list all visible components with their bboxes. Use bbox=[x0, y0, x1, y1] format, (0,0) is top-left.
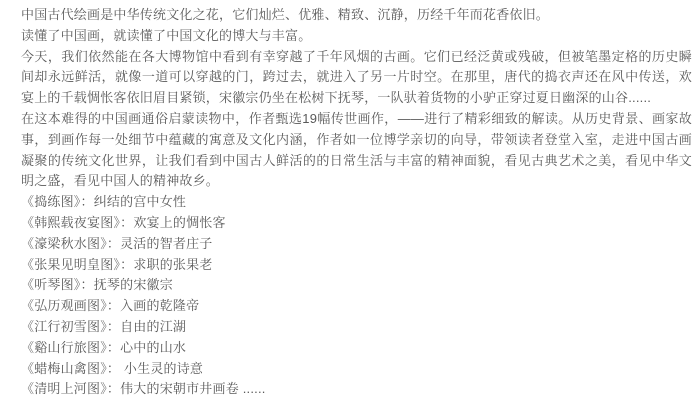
painting-list-item: 《听琴图》：抚琴的宋徽宗 bbox=[21, 275, 692, 296]
painting-description: 小生灵的诗意 bbox=[120, 361, 203, 376]
painting-list-item: 《江行初雪图》：自由的江湖 bbox=[21, 317, 692, 338]
title-separator: ： bbox=[81, 194, 94, 209]
painting-description: 求职的张果老 bbox=[133, 257, 212, 272]
painting-list-item: 《张果见明皇图》：求职的张果老 bbox=[21, 255, 692, 276]
title-separator: ： bbox=[107, 236, 120, 251]
painting-description: 灵活的智者庄子 bbox=[120, 236, 212, 251]
title-separator: ： bbox=[107, 319, 120, 334]
paragraph-3: 今天，我们依然能在各大博物馆中看到有幸穿越了千年风烟的古画。它们已经泛黄或残破，… bbox=[21, 47, 692, 109]
painting-description: 纠结的宫中女性 bbox=[94, 194, 186, 209]
painting-description: 自由的江湖 bbox=[120, 319, 186, 334]
painting-description: 抚琴的宋徽宗 bbox=[94, 277, 173, 292]
painting-list: 《捣练图》：纠结的宫中女性《韩熙载夜宴图》：欢宴上的惆怅客《濠梁秋水图》：灵活的… bbox=[21, 192, 692, 400]
painting-description: 心中的山水 bbox=[120, 340, 186, 355]
painting-title: 《谿山行旅图》 bbox=[21, 340, 107, 355]
painting-list-item: 《清明上河图》：伟大的宋朝市井画卷 ...... bbox=[21, 379, 692, 400]
title-separator: ： bbox=[107, 340, 120, 355]
paragraph-4: 在这本难得的中国画通俗启蒙读物中，作者甄选19幅传世画作，——进行了精彩细致的解… bbox=[21, 109, 692, 192]
painting-title: 《张果见明皇图》 bbox=[21, 257, 120, 272]
painting-title: 《江行初雪图》 bbox=[21, 319, 107, 334]
paragraph-2: 读懂了中国画，就读懂了中国文化的博大与丰富。 bbox=[21, 26, 692, 47]
title-separator: ： bbox=[107, 361, 120, 376]
painting-list-item: 《捣练图》：纠结的宫中女性 bbox=[21, 192, 692, 213]
painting-description: 伟大的宋朝市井画卷 ...... bbox=[120, 381, 265, 396]
painting-list-item: 《蜡梅山禽图》： 小生灵的诗意 bbox=[21, 359, 692, 380]
painting-title: 《蜡梅山禽图》 bbox=[21, 361, 107, 376]
painting-description: 欢宴上的惆怅客 bbox=[133, 215, 225, 230]
painting-title: 《韩熙载夜宴图》 bbox=[21, 215, 120, 230]
painting-title: 《听琴图》 bbox=[21, 277, 81, 292]
painting-title: 《捣练图》 bbox=[21, 194, 81, 209]
intro-paragraphs: 中国古代绘画是中华传统文化之花，它们灿烂、优雅、精致、沉静，历经千年而花香依旧。… bbox=[21, 5, 692, 192]
title-separator: ： bbox=[107, 381, 120, 396]
painting-list-item: 《韩熙载夜宴图》：欢宴上的惆怅客 bbox=[21, 213, 692, 234]
painting-list-item: 《谿山行旅图》：心中的山水 bbox=[21, 338, 692, 359]
title-separator: ： bbox=[107, 298, 120, 313]
title-separator: ： bbox=[120, 257, 133, 272]
painting-list-item: 《濠梁秋水图》：灵活的智者庄子 bbox=[21, 234, 692, 255]
title-separator: ： bbox=[81, 277, 94, 292]
paragraph-1: 中国古代绘画是中华传统文化之花，它们灿烂、优雅、精致、沉静，历经千年而花香依旧。 bbox=[21, 5, 692, 26]
painting-description: 入画的乾隆帝 bbox=[120, 298, 199, 313]
painting-title: 《清明上河图》 bbox=[21, 381, 107, 396]
book-description-page: 中国古代绘画是中华传统文化之花，它们灿烂、优雅、精致、沉静，历经千年而花香依旧。… bbox=[0, 0, 700, 400]
painting-title: 《弘历观画图》 bbox=[21, 298, 107, 313]
painting-list-item: 《弘历观画图》：入画的乾隆帝 bbox=[21, 296, 692, 317]
painting-title: 《濠梁秋水图》 bbox=[21, 236, 107, 251]
title-separator: ： bbox=[120, 215, 133, 230]
